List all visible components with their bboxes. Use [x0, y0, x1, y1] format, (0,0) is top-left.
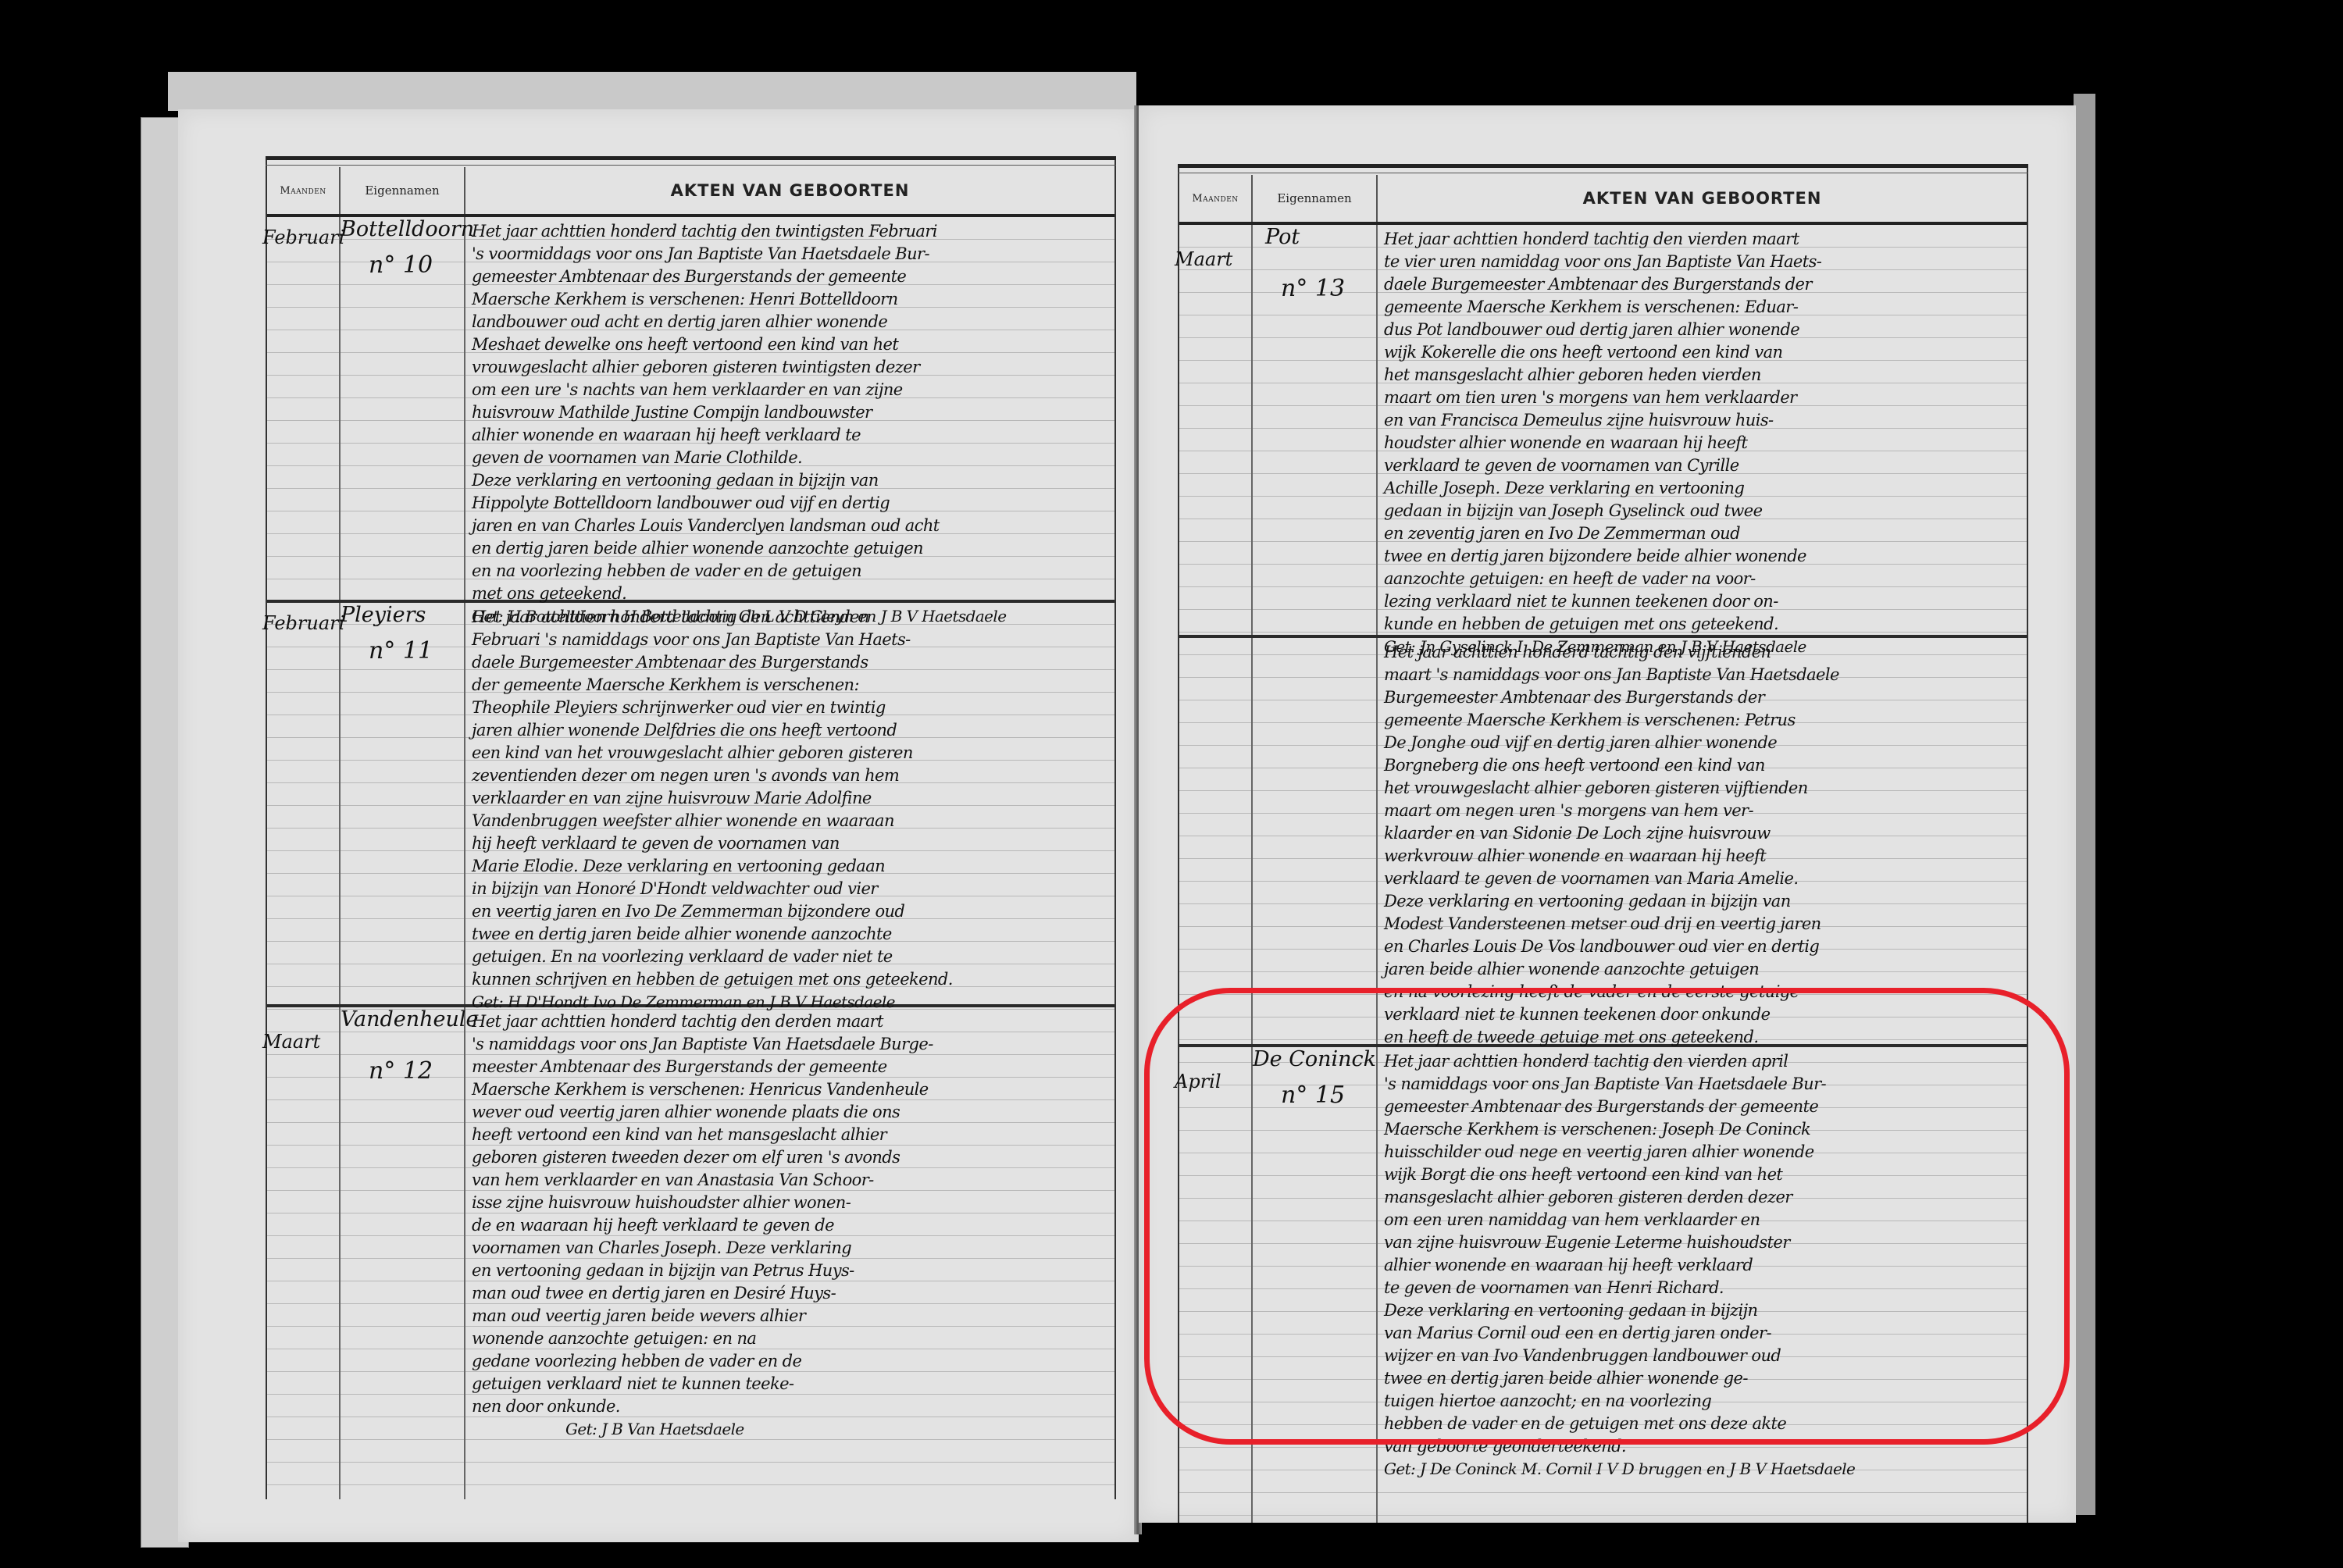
entry-signatures: Get: J De Coninck M. Cornil I V D brugge…	[1384, 1459, 1855, 1478]
register-page-right: Maanden Eigennamen AKTEN VAN GEBOORTEN M…	[1139, 105, 2076, 1523]
birth-register-table-right: Maanden Eigennamen AKTEN VAN GEBOORTEN M…	[1178, 164, 2028, 1523]
entry-surname: De Coninck	[1253, 1047, 1385, 1071]
table-header: Maanden Eigennamen AKTEN VAN GEBOORTEN	[267, 167, 1114, 217]
entry-record-text: Het jaar achttien honderd tachtig den de…	[472, 1010, 1110, 1441]
table-header: Maanden Eigennamen AKTEN VAN GEBOORTEN	[1179, 175, 2027, 225]
birth-record-entry[interactable]: Het jaar achttien honderd tachtig den vi…	[1179, 638, 2027, 1047]
left-top-page-edge	[168, 72, 1136, 111]
record-body-text: Het jaar achttien honderd tachtig den vi…	[1384, 643, 1839, 1046]
birth-record-entry[interactable]: Maart Vandenheule n° 12 Het jaar achttie…	[267, 1007, 1114, 1476]
entry-surname: Pot	[1265, 225, 1398, 249]
table-body: Maart Pot n° 13 Het jaar achttien honder…	[1179, 225, 2027, 1523]
right-page-stack	[2074, 94, 2095, 1515]
column-header-names: Eigennamen	[1253, 175, 1378, 222]
birth-record-entry[interactable]: Maart Pot n° 13 Het jaar achttien honder…	[1179, 225, 2027, 638]
entry-record-text: Het jaar achttien honderd tachtig den vi…	[1384, 641, 2022, 1049]
record-body-text: Het jaar achttien honderd tachtig den ac…	[472, 608, 953, 989]
column-header-birth-records: AKTEN VAN GEBOORTEN	[465, 167, 1114, 214]
birth-register-table-left: Maanden Eigennamen AKTEN VAN GEBOORTEN F…	[266, 156, 1116, 1499]
birth-record-entry[interactable]: Februari Bottelldoorn n° 10 Het jaar ach…	[267, 217, 1114, 603]
entry-month: Maart	[262, 1031, 341, 1053]
column-header-birth-records: AKTEN VAN GEBOORTEN	[1378, 175, 2027, 222]
record-body-text: Het jaar achttien honderd tachtig den de…	[472, 1012, 933, 1416]
entry-number: n° 15	[1281, 1082, 1345, 1109]
column-header-months: Maanden	[1179, 175, 1253, 222]
entry-number: n° 13	[1281, 275, 1345, 302]
entry-month: Februari	[262, 226, 341, 248]
entry-record-text: Het jaar achttien honderd tachtig den vi…	[1384, 1050, 2022, 1481]
entry-record-text: Het jaar achttien honderd tachtig den vi…	[1384, 228, 2022, 658]
entry-record-text: Het jaar achttien honderd tachtig den tw…	[472, 220, 1110, 628]
column-header-months: Maanden	[267, 167, 341, 214]
table-top-rule	[1178, 164, 2028, 173]
register-page-left: Maanden Eigennamen AKTEN VAN GEBOORTEN F…	[178, 109, 1139, 1542]
entry-month: Maart	[1175, 248, 1253, 270]
table-top-rule	[266, 156, 1116, 166]
entry-surname: Vandenheule	[341, 1007, 473, 1032]
record-body-text: Het jaar achttien honderd tachtig den vi…	[1384, 230, 1821, 633]
record-body-text: Het jaar achttien honderd tachtig den vi…	[1384, 1052, 1826, 1456]
table-body: Februari Bottelldoorn n° 10 Het jaar ach…	[267, 217, 1114, 1499]
entry-number: n° 11	[369, 637, 433, 665]
entry-number: n° 10	[369, 251, 433, 279]
entry-signatures: Get: J B Van Haetsdaele	[472, 1420, 744, 1438]
entry-month: April	[1175, 1071, 1253, 1092]
birth-record-entry-highlighted[interactable]: April De Coninck n° 15 Het jaar achttien…	[1179, 1047, 2027, 1516]
entry-record-text: Het jaar achttien honderd tachtig den ac…	[472, 606, 1110, 1014]
entry-surname: Pleyiers	[341, 603, 473, 627]
entry-surname: Bottelldoorn	[341, 217, 473, 241]
record-body-text: Het jaar achttien honderd tachtig den tw…	[472, 222, 940, 603]
birth-record-entry[interactable]: Februari Pleyiers n° 11 Het jaar achttie…	[267, 603, 1114, 1007]
entry-number: n° 12	[369, 1057, 433, 1085]
entry-month: Februari	[262, 612, 341, 634]
column-header-names: Eigennamen	[341, 167, 465, 214]
